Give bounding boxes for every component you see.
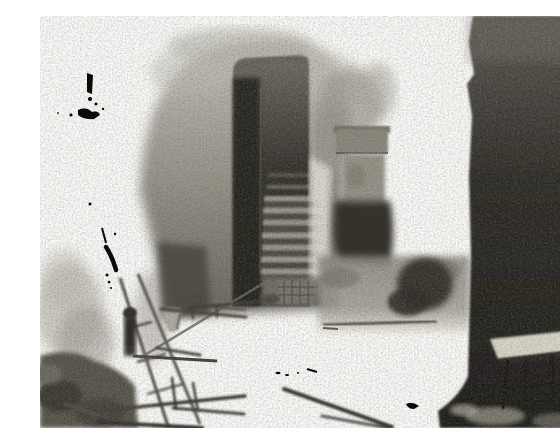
film-grain — [40, 16, 560, 428]
photograph — [40, 16, 560, 428]
photograph-frame — [40, 16, 560, 428]
